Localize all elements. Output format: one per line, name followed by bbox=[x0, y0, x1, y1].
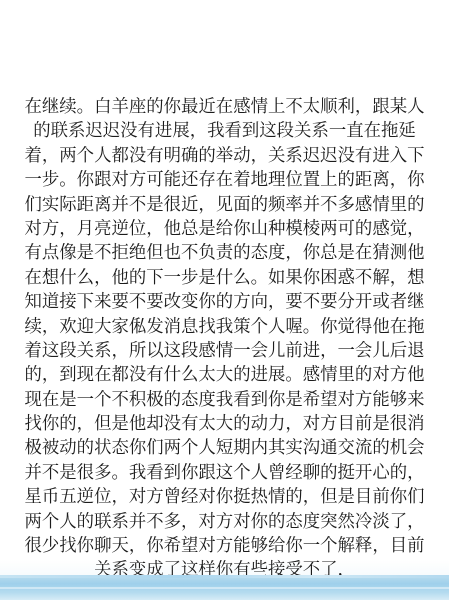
text-line: 很少找你聊天，你希望对方能够给你一个解释，目前 bbox=[22, 534, 427, 558]
article-text: 在继续。白羊座的你最近在感情上不太顺利，跟某人 的联系迟迟没有进展，我看到这段关… bbox=[22, 95, 427, 583]
text-line: 知道接下来要不要改变你的方向，要不要分开或者继 bbox=[22, 290, 427, 314]
text-line: 两个人的联系并不多，对方对你的态度突然冷淡了， bbox=[22, 510, 427, 534]
text-line: 在继续。白羊座的你最近在感情上不太顺利，跟某人 bbox=[22, 95, 427, 119]
text-line: 极被动的状态你们两个人短期内其实沟通交流的机会 bbox=[22, 436, 427, 460]
text-line: 并不是很多。我看到你跟这个人曾经聊的挺开心的， bbox=[22, 461, 427, 485]
text-line: 们实际距离并不是很近，见面的频率并不多感情里的 bbox=[22, 193, 427, 217]
text-line: 找你的，但是他却没有太大的动力，对方目前是很消 bbox=[22, 412, 427, 436]
text-line: 着，两个人都没有明确的举动，关系迟迟没有进入下 bbox=[22, 144, 427, 168]
text-line: 的，到现在都没有什么太大的进展。感情里的对方他 bbox=[22, 363, 427, 387]
decorative-blue-band bbox=[0, 575, 449, 600]
text-line: 现在是一个不积极的态度我看到你是希望对方能够来 bbox=[22, 388, 427, 412]
text-line: 对方，月亮逆位，他总是给你山种模棱两可的感觉， bbox=[22, 217, 427, 241]
text-line: 星币五逆位，对方曾经对你挺热情的，但是目前你们 bbox=[22, 485, 427, 509]
text-line: 的联系迟迟没有进展，我看到这段关系一直在拖延 bbox=[22, 119, 427, 143]
text-line: 一步。你跟对方可能还存在着地理位置上的距离，你 bbox=[22, 168, 427, 192]
text-line: 续，欢迎大家俬发消息找我策个人喔。你觉得他在拖 bbox=[22, 315, 427, 339]
text-line: 在想什么，他的下一步是什么。如果你困惑不解，想 bbox=[22, 266, 427, 290]
text-line: 着这段关系，所以这段感情一会儿前进，一会儿后退 bbox=[22, 339, 427, 363]
text-line: 有点像是不拒绝但也不负责的态度，你总是在猜测他 bbox=[22, 241, 427, 265]
